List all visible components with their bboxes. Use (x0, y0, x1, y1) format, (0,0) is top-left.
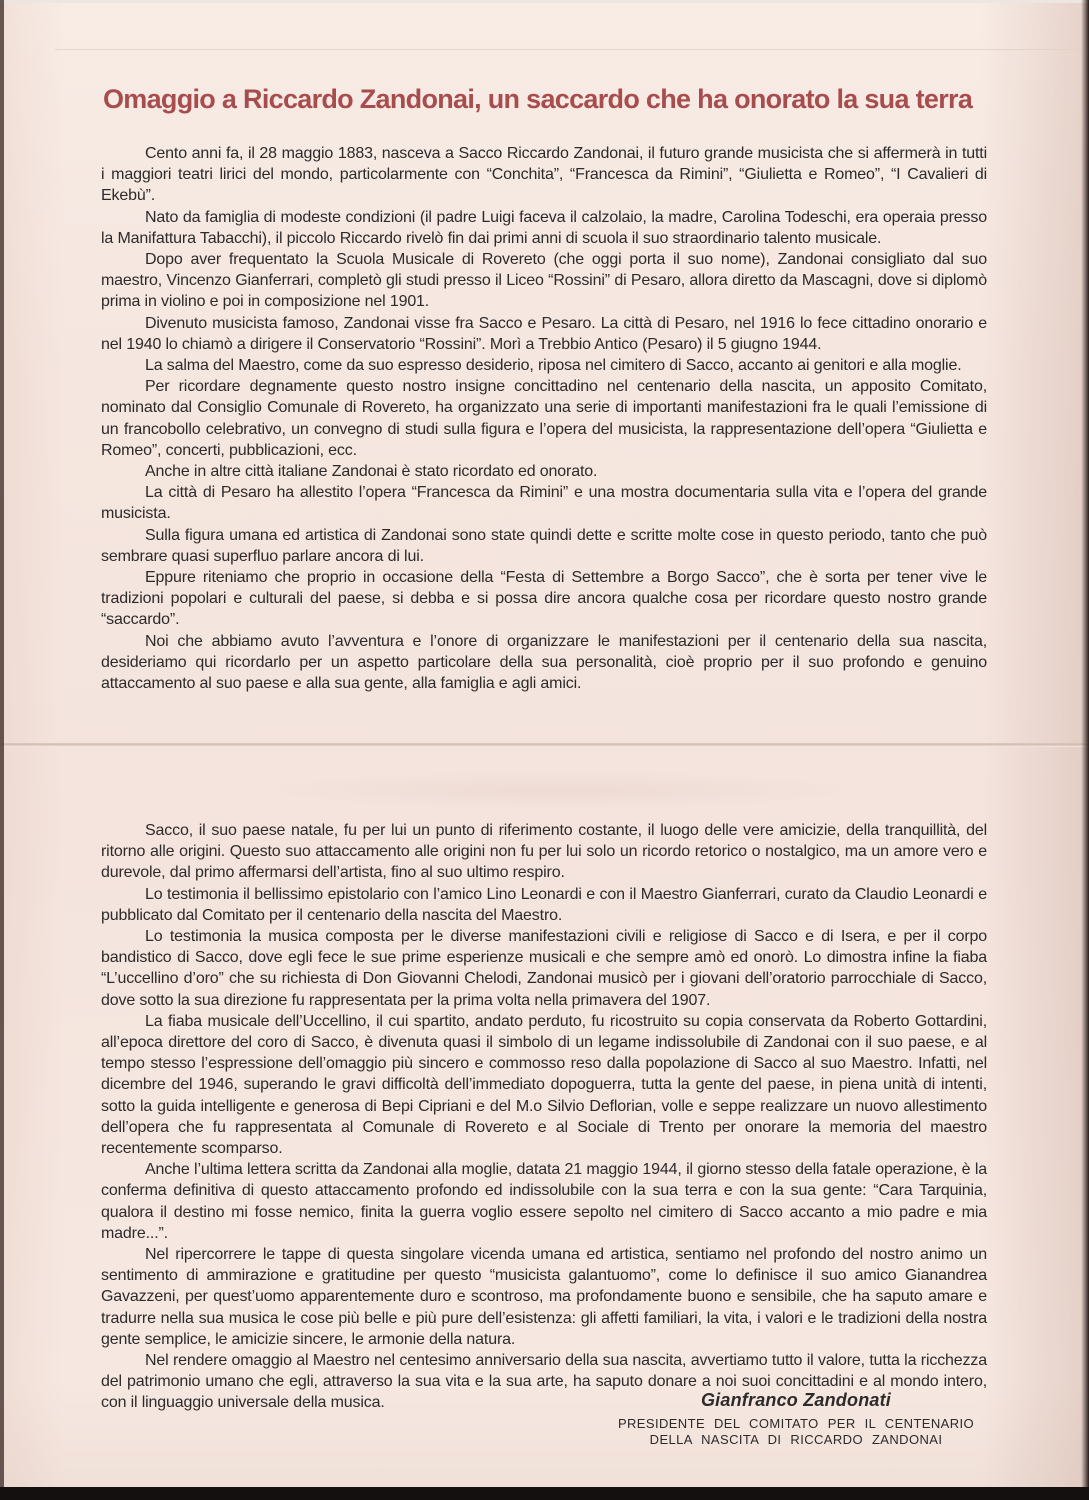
paragraph: Noi che abbiamo avuto l’avventura e l’on… (101, 631, 987, 695)
scan-edge-top (0, 0, 1089, 3)
scan-edge-right (1081, 0, 1089, 1500)
paragraph: Per ricordare degnamente questo nostro i… (101, 376, 987, 461)
page-title: Omaggio a Riccardo Zandonai, un saccardo… (103, 84, 972, 115)
paragraph: Anche l’ultima lettera scritta da Zandon… (101, 1159, 987, 1244)
signature-role-line2: DELLA NASCITA DI RICCARDO ZANDONAI (610, 1432, 982, 1448)
scan-edge-left (0, 0, 4, 1500)
article-block-upper: Cento anni fa, il 28 maggio 1883, nascev… (101, 143, 987, 694)
fold-crease-top (55, 49, 1089, 50)
showthrough-smudge (250, 770, 870, 810)
signature-role-line1: PRESIDENTE DEL COMITATO PER IL CENTENARI… (610, 1416, 982, 1432)
paragraph: Sulla figura umana ed artistica di Zando… (101, 525, 987, 567)
scanned-document-page: Omaggio a Riccardo Zandonai, un saccardo… (0, 0, 1089, 1500)
paragraph: Sacco, il suo paese natale, fu per lui u… (101, 820, 987, 884)
paragraph: Lo testimonia la musica composta per le … (101, 926, 987, 1011)
paragraph: La fiaba musicale dell’Uccellino, il cui… (101, 1011, 987, 1159)
paragraph: La salma del Maestro, come da suo espres… (101, 355, 987, 376)
paragraph: Cento anni fa, il 28 maggio 1883, nascev… (101, 143, 987, 207)
paragraph: Nato da famiglia di modeste condizioni (… (101, 207, 987, 249)
paragraph: Nel ripercorrere le tappe di questa sing… (101, 1244, 987, 1350)
paragraph: Lo testimonia il bellissimo epistolario … (101, 884, 987, 926)
paragraph: Dopo aver frequentato la Scuola Musicale… (101, 249, 987, 313)
paragraph: Divenuto musicista famoso, Zandonai viss… (101, 313, 987, 355)
signature-name: Gianfranco Zandonati (610, 1390, 982, 1411)
paragraph: La città di Pesaro ha allestito l’opera … (101, 482, 987, 524)
fold-crease-middle (0, 743, 1089, 747)
signature-block: Gianfranco Zandonati PRESIDENTE DEL COMI… (610, 1390, 982, 1448)
article-block-lower: Sacco, il suo paese natale, fu per lui u… (101, 820, 987, 1414)
paragraph: Anche in altre città italiane Zandonai è… (101, 461, 987, 482)
scan-edge-bottom (0, 1487, 1089, 1500)
paragraph: Eppure riteniamo che proprio in occasion… (101, 567, 987, 631)
